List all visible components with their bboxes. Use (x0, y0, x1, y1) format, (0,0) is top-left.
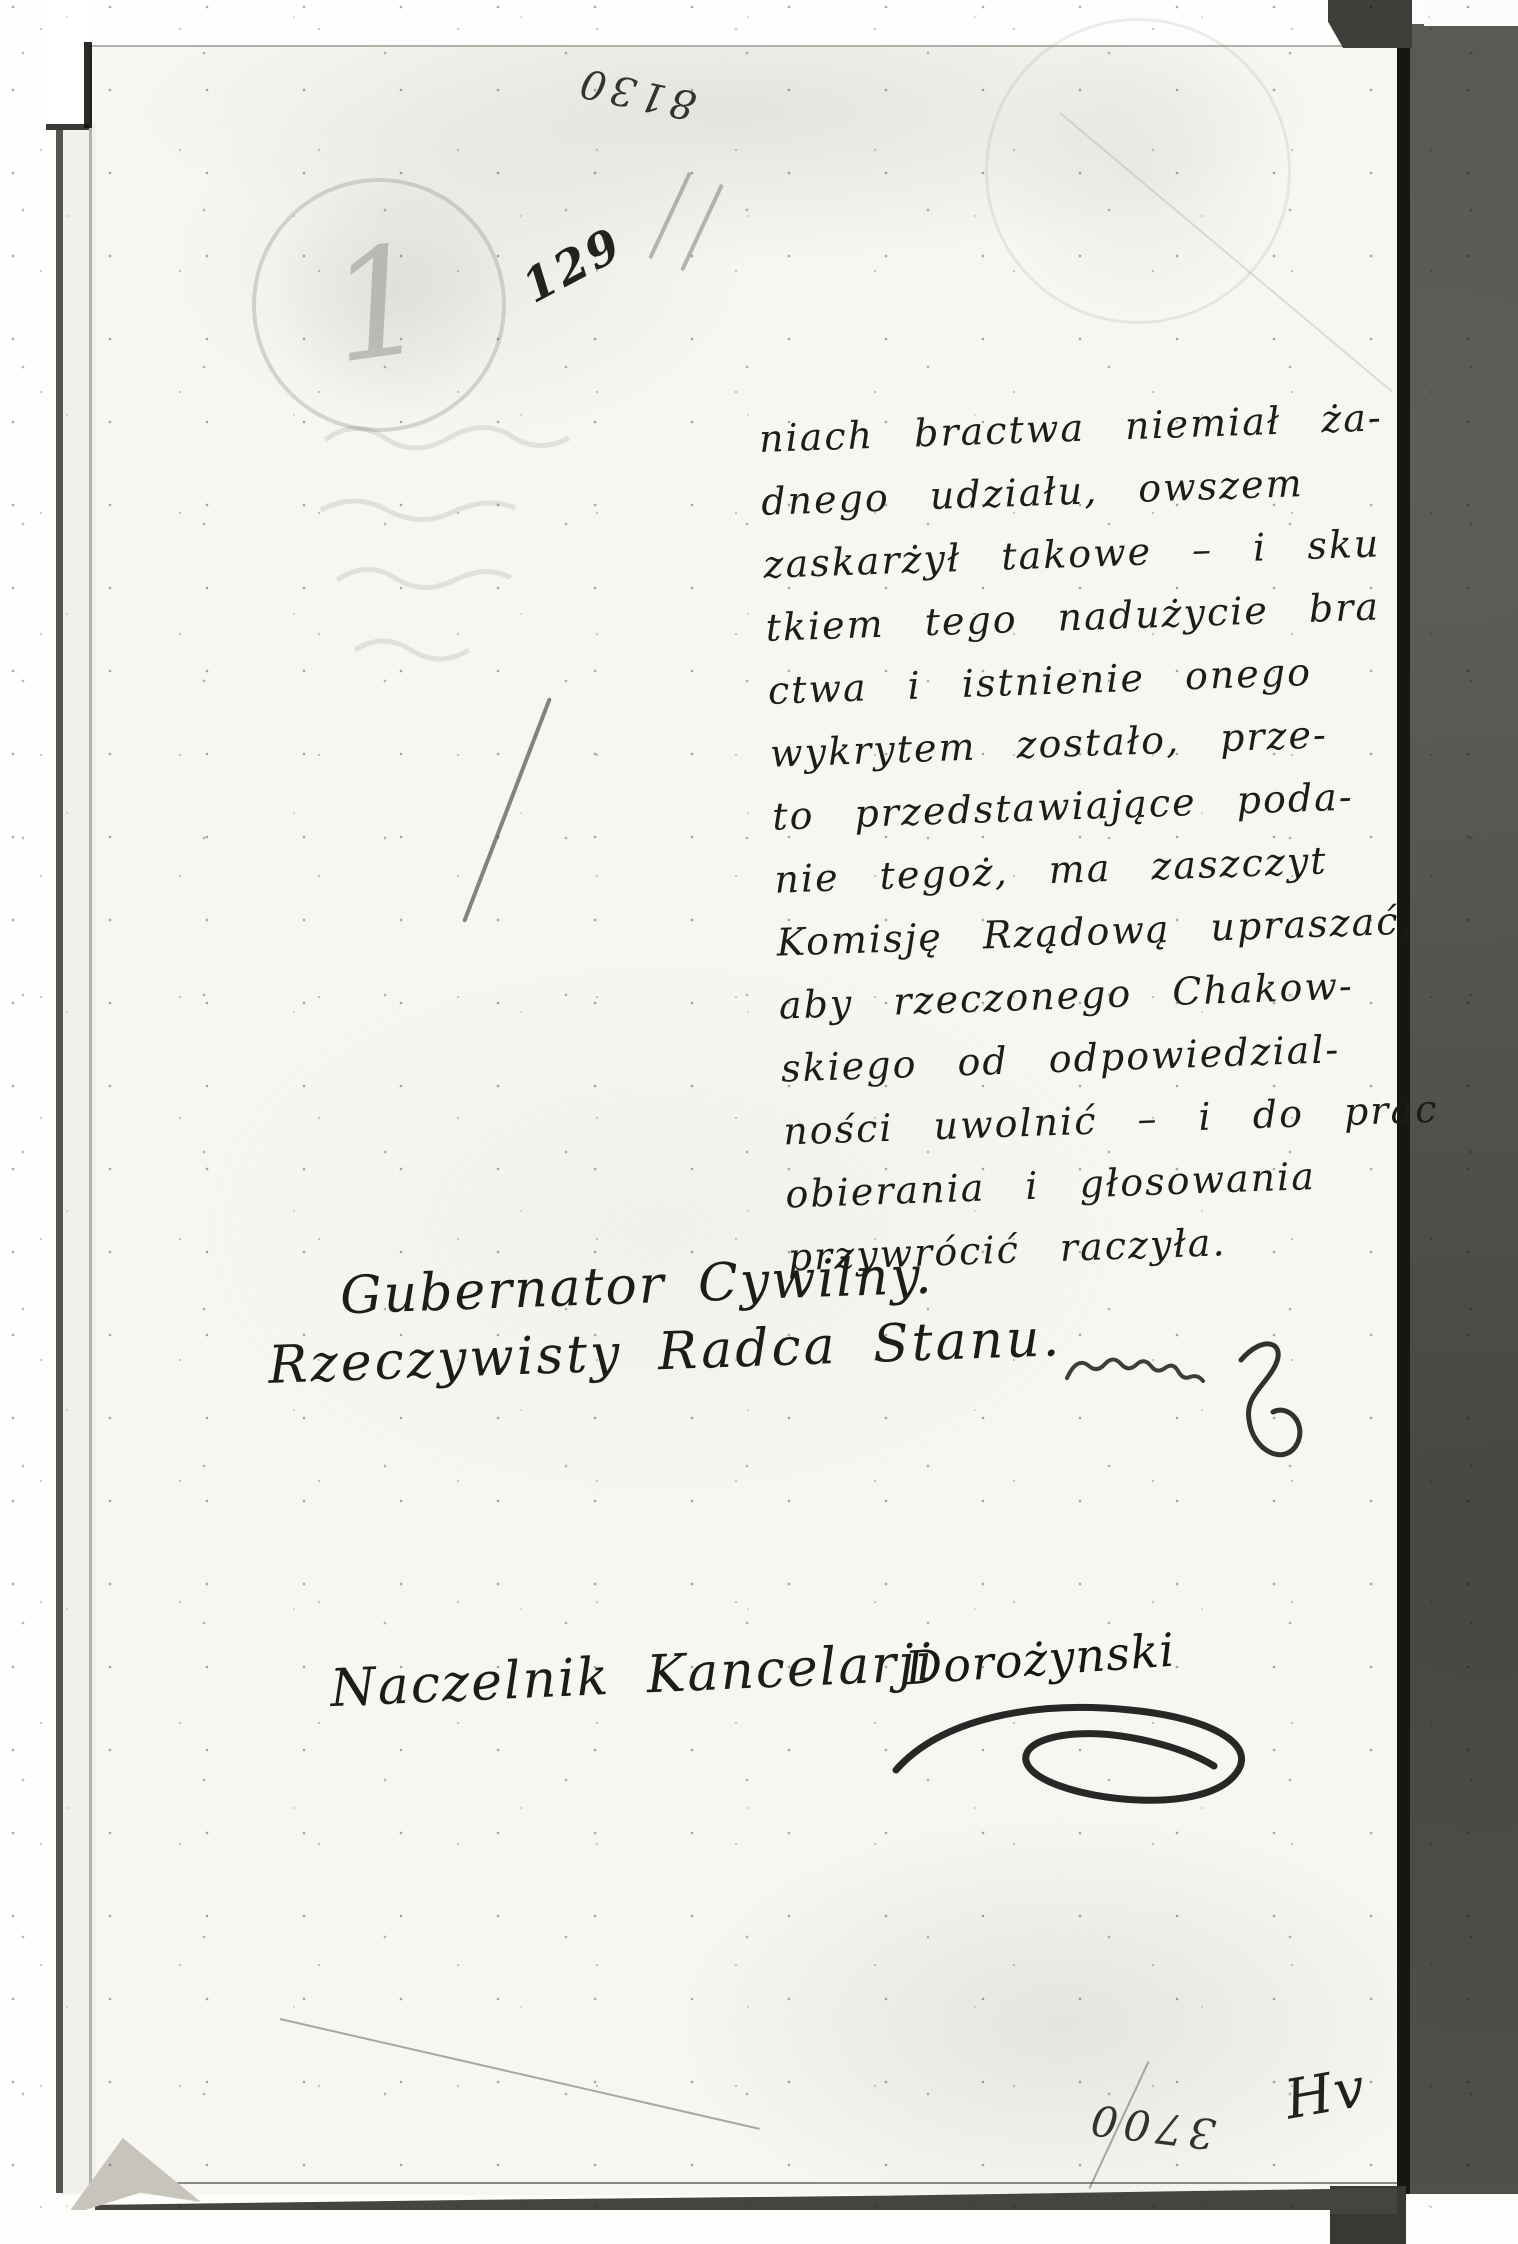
scan-background-left (0, 0, 46, 2244)
torn-corner-edge (84, 42, 92, 128)
vertical-fold-line (89, 50, 92, 2185)
stamp-numeral: 1 (320, 212, 439, 398)
oval-stamp: 1 (252, 178, 506, 432)
scan-band-top-corner (1328, 0, 1412, 48)
scan-band-white-corner (1424, 0, 1518, 26)
scanned-document: 1 8130 129 niach bractwa niemiał ża-dneg… (0, 0, 1518, 2244)
bottom-crease-line (100, 2182, 1398, 2184)
torn-corner-notch (46, 0, 89, 130)
scan-background-bottom (0, 2210, 1330, 2244)
ghost-stamp-bleedthrough (985, 18, 1291, 324)
letter-body: niach bractwa niemiał ża-dnego udziału, … (758, 384, 1488, 1290)
